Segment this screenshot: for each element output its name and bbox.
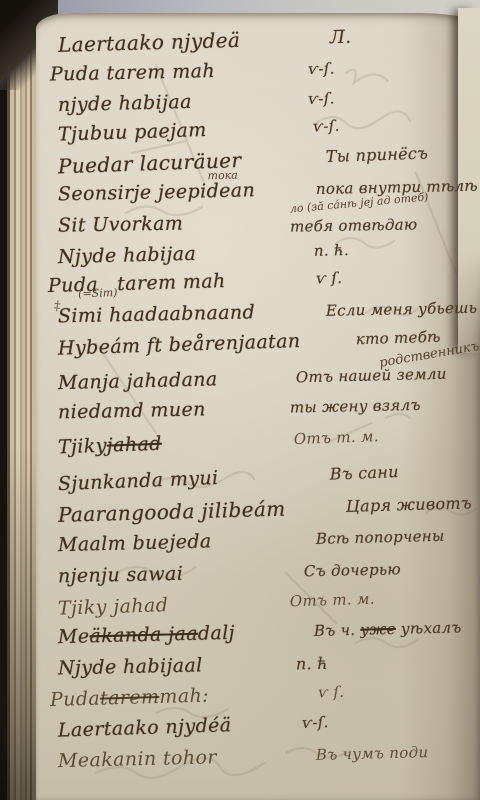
shorthand-text: ѵ ſ. bbox=[318, 683, 345, 702]
russian-text: Л. bbox=[330, 27, 352, 49]
russian-text-part: Въ ч. bbox=[314, 621, 361, 640]
nenets-text: Njyde habijaal bbox=[58, 654, 203, 679]
nenets-text: Meakanin tohor bbox=[58, 746, 217, 772]
shorthand-text: ѵ-ſ. bbox=[308, 89, 335, 108]
russian-text: Съ дочерью bbox=[304, 560, 401, 580]
russian-text: Въ чумъ поди bbox=[316, 743, 429, 764]
margin-cross-mark: ‡ bbox=[53, 299, 62, 315]
manuscript-page: ‡ Laertaako njydeä Л. Puda tarem mah ѵ-ſ… bbox=[36, 13, 480, 800]
nenets-text-struck: tarem bbox=[100, 686, 160, 710]
nenets-text: Seonsirje jeepidean bbox=[58, 179, 256, 205]
shorthand-text: ѵ-ſ. bbox=[302, 713, 329, 732]
nenets-text: Paarangooda jilibeám bbox=[58, 497, 286, 527]
nenets-text: Puda tarem mah bbox=[50, 60, 216, 85]
nenets-text: Puda bbox=[50, 688, 101, 711]
nenets-text: Laertaako njydeä bbox=[58, 28, 241, 57]
nenets-text: Tjiky jahad bbox=[58, 594, 169, 619]
russian-text-part: уѣхалъ bbox=[396, 618, 462, 638]
russian-text: Отъ т. м. bbox=[290, 590, 375, 611]
nenets-text: Tjubuu paejam bbox=[58, 119, 207, 146]
russian-text: тебя отвѣдаю bbox=[290, 215, 418, 235]
nenets-text: dalj bbox=[198, 622, 236, 645]
nenets-text: mah: bbox=[159, 685, 209, 708]
nenets-text: Laertaako njydéä bbox=[58, 714, 232, 741]
russian-text: Ты принёсъ bbox=[326, 143, 429, 166]
russian-text: Въ сани bbox=[329, 462, 399, 484]
shorthand-text: ѵ-ſ. bbox=[308, 60, 335, 79]
nenets-text: njenju sawai bbox=[58, 563, 184, 588]
russian-text: Царя животъ bbox=[346, 493, 472, 516]
nenets-text: Njyde habijaa bbox=[58, 243, 197, 268]
russian-text: Въ ч. уже уѣхалъ bbox=[314, 618, 462, 640]
nenets-text: Manja jahadana bbox=[58, 368, 218, 394]
russian-text: Если меня убьешь bbox=[326, 299, 478, 320]
interlinear-note: тока bbox=[207, 169, 237, 183]
nenets-text: Tjiky bbox=[58, 435, 108, 459]
russian-text-struck: уже bbox=[360, 620, 396, 639]
russian-text: ты жену взялъ bbox=[290, 396, 421, 417]
russian-text: кто тебѣ bbox=[356, 328, 441, 349]
nenets-text: tarem mah bbox=[117, 270, 226, 295]
handwriting-layer: ‡ Laertaako njydeä Л. Puda tarem mah ѵ-ſ… bbox=[36, 13, 480, 800]
manuscript-photo: ‡ Laertaako njydeä Л. Puda tarem mah ѵ-ſ… bbox=[0, 0, 480, 800]
nenets-text: niedamd muen bbox=[58, 398, 206, 423]
nenets-text: njyde habijaa bbox=[58, 91, 192, 116]
interlinear-note: (=Sim) bbox=[78, 286, 118, 300]
nenets-text: Sit Uvorkam bbox=[58, 212, 184, 236]
russian-text: Отъ т. м. bbox=[294, 427, 380, 448]
nenets-text: Sjunkanda myui bbox=[58, 467, 219, 495]
russian-text: Отъ нашей земли bbox=[296, 365, 447, 387]
shorthand-text: п. ћ. bbox=[314, 241, 350, 260]
nenets-text-struck: äkanda jaa bbox=[89, 623, 198, 648]
shorthand-text: ѵ ſ. bbox=[316, 269, 343, 288]
nenets-text: Simi haadaabnaand bbox=[58, 301, 256, 327]
nenets-text: Maalm buejeda bbox=[58, 530, 212, 556]
russian-text: Всѣ попорчены bbox=[316, 527, 445, 548]
shorthand-text: п. ћ bbox=[296, 654, 328, 674]
nenets-text: Me bbox=[58, 625, 90, 648]
nenets-text-struck: jahad bbox=[106, 433, 162, 457]
shorthand-text: ѵ-ſ. bbox=[313, 117, 340, 136]
